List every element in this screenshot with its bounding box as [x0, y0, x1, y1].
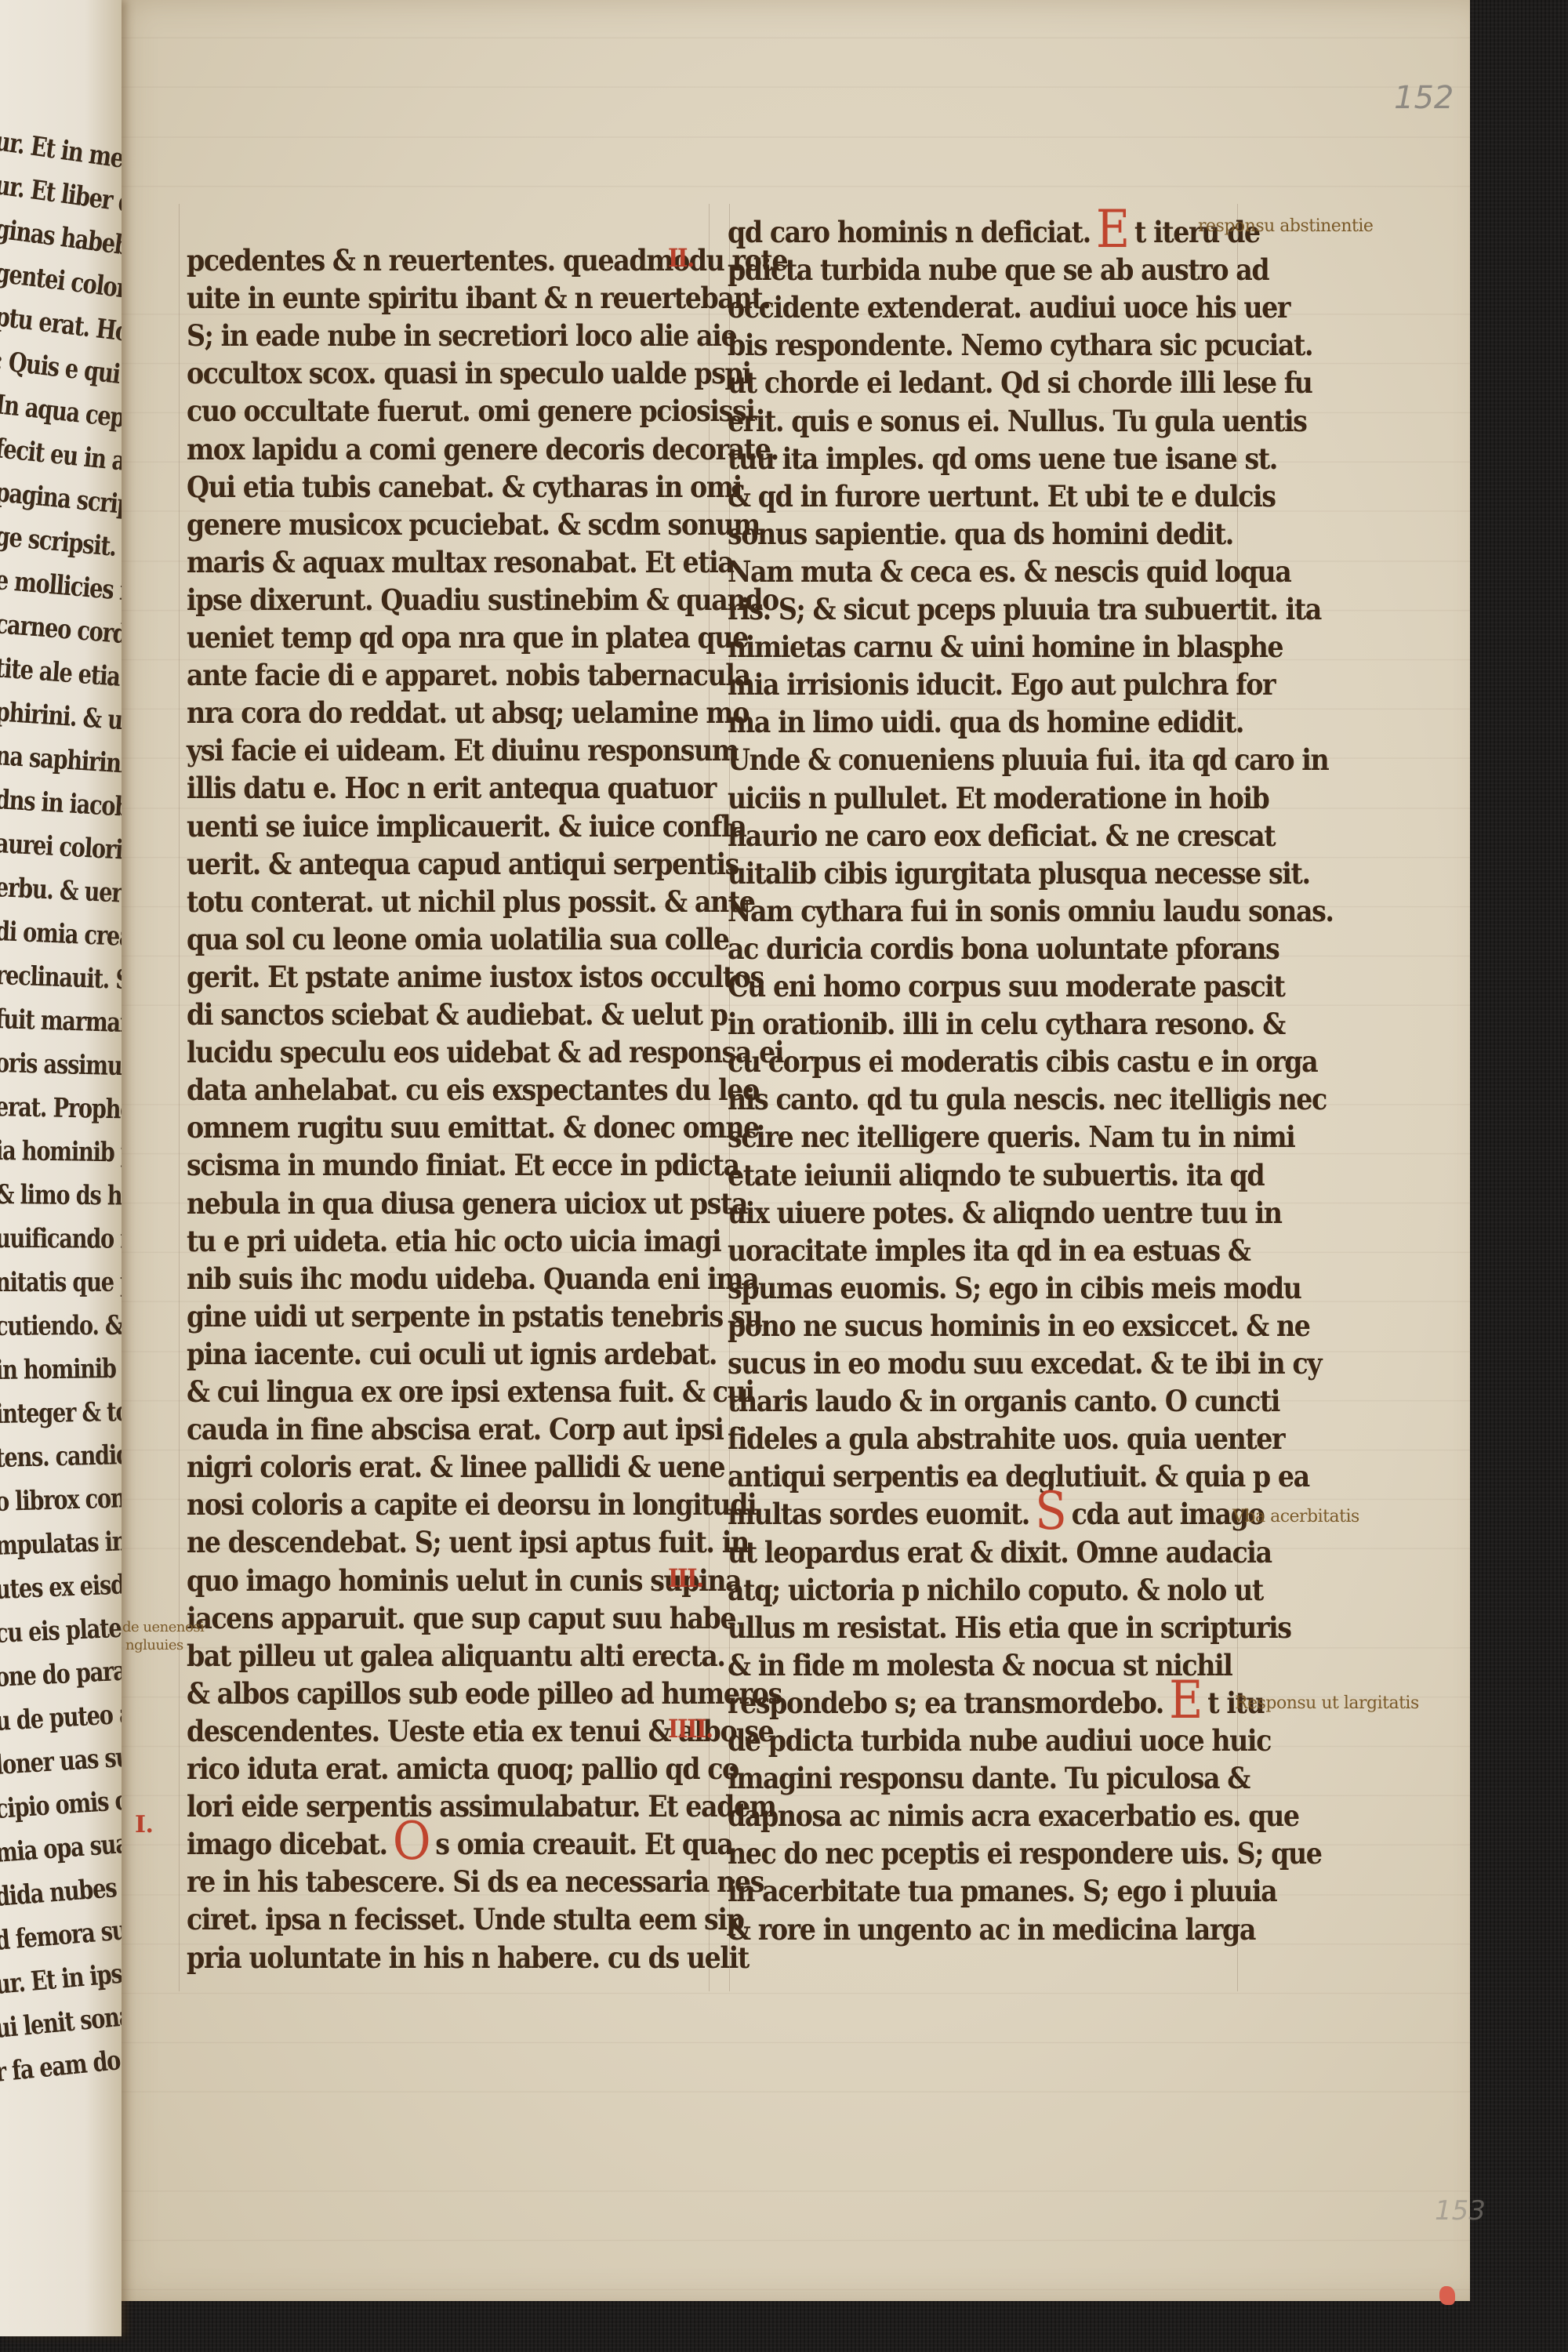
text-segment: lucidu speculu eos uidebat & ad responsa… — [187, 1035, 783, 1069]
text-line: Nam muta & ceca es. & nescis quid loqua — [728, 554, 1290, 589]
text-segment: uenti se iuice implicauerit. & iuice con… — [187, 809, 746, 844]
text-line: uerit. & antequa capud antiqui serpentis — [187, 847, 739, 881]
text-line: pria uoluntate in his n habere. cu ds ue… — [187, 1940, 749, 1975]
text-line: cu corpus ei moderatis cibis castu e in … — [728, 1044, 1317, 1079]
text-segment: mia irrisionis iducit. Ego aut pulchra f… — [728, 667, 1275, 702]
previous-page-text-line: u de puteo aquas — [0, 1696, 122, 1737]
marginal-note-ingluvies: ngluuies — [125, 1637, 183, 1653]
text-line: nra cora do reddat. ut absq; uelamine mo — [187, 695, 749, 730]
text-segment: di sanctos sciebat & audiebat. & uelut p — [187, 997, 728, 1032]
text-line: ullus m resistat. His etia que in script… — [728, 1610, 1291, 1645]
text-line: pina iacente. cui oculi ut ignis ardebat… — [187, 1337, 717, 1371]
previous-page-text-line: nitatis que pudenda — [0, 1267, 122, 1298]
text-line: fideles a gula abstrahite uos. quia uent… — [728, 1421, 1284, 1456]
text-line: S; in eade nube in secretiori loco alie … — [187, 318, 736, 353]
text-segment: dapnosa ac nimis acra exacerbatio es. qu… — [728, 1798, 1299, 1833]
text-segment: ut chorde ei ledant. Qd si chorde illi l… — [728, 365, 1312, 400]
text-line: & rore in ungento ac in medicina larga — [728, 1912, 1255, 1947]
previous-page-text-line: loner uas suu implet — [0, 1736, 122, 1781]
text-segment: nebula in qua diusa genera uiciox ut pst… — [187, 1186, 747, 1221]
text-line: tharis laudo & in organis canto. O cunct… — [728, 1384, 1279, 1418]
text-line: ipse dixerunt. Quadiu sustinebim & quand… — [187, 583, 779, 617]
text-segment: ma in limo uidi. qua ds homine edidit. — [728, 705, 1243, 739]
previous-page-text-line: dida nubes in qua — [0, 1867, 122, 1913]
text-line: ciret. ipsa n fecisset. Unde stulta eem … — [187, 1902, 743, 1936]
text-line: Unde & conueniens pluuia fui. ita qd car… — [728, 742, 1328, 777]
text-segment: tu e pri uideta. etia hic octo uicia ima… — [187, 1224, 720, 1258]
text-line: tu e pri uideta. etia hic octo uicia ima… — [187, 1224, 720, 1258]
marginal-note-venenosi: de uenenosi — [122, 1619, 204, 1635]
previous-page-text-line: dns in iacob. & cecidit — [0, 784, 122, 829]
text-segment: scisma in mundo finiat. Et ecce in pdict… — [187, 1148, 739, 1182]
text-line: nis canto. qd tu gula nescis. nec itelli… — [728, 1082, 1327, 1116]
text-segment: lori eide serpentis assimulabatur. Et ea… — [187, 1789, 776, 1824]
text-line: omnem rugitu suu emittat. & donec omne — [187, 1110, 759, 1145]
text-segment: uix uiuere potes. & aliqndo uentre tuu i… — [728, 1196, 1282, 1230]
text-segment: & qd in furore uertunt. Et ubi te e dulc… — [728, 479, 1276, 514]
text-segment: nra cora do reddat. ut absq; uelamine mo — [187, 695, 749, 730]
previous-page-text-line: cutiendo. & cu aliis — [0, 1309, 122, 1342]
text-line: scisma in mundo finiat. Et ecce in pdict… — [187, 1148, 739, 1182]
text-line: & cui lingua ex ore ipsi extensa fuit. &… — [187, 1374, 754, 1409]
text-line: ac duricia cordis bona uoluntate pforans — [728, 931, 1279, 966]
text-segment: ut leopardus erat & dixit. Omne audacia — [728, 1535, 1272, 1570]
previous-page-text-line: d femora sua erat. — [0, 1909, 122, 1957]
text-line: nosi coloris a capite ei deorsu in longi… — [187, 1487, 756, 1522]
text-segment: tuu ita imples. qd oms uene tue isane st… — [728, 441, 1277, 476]
text-segment: data anhelabat. cu eis exspectantes du l… — [187, 1073, 759, 1107]
marginal-note-largitatis: Responsu ut largitatis — [1235, 1693, 1419, 1713]
text-segment: s omia creauit. Et qua — [435, 1827, 732, 1861]
text-line: maris & aquax multax resonabat. Et etia — [187, 545, 734, 579]
text-segment: gerit. Et pstate anime iustox istos occu… — [187, 960, 764, 994]
text-segment: haurio ne caro eox deficiat. & ne cresca… — [728, 818, 1275, 853]
text-segment: erit. quis e sonus ei. Nullus. Tu gula u… — [728, 404, 1306, 438]
previous-page-text-line: oris assimulabat. & du — [0, 1047, 122, 1085]
text-segment: Cu eni homo corpus suu moderate pascit — [728, 969, 1284, 1004]
text-segment: pono ne sucus hominis in eo exsiccet. & … — [728, 1308, 1310, 1343]
text-segment: nigri coloris erat. & linee pallidi & ue… — [187, 1450, 724, 1484]
text-line: scire nec itelligere queris. Nam tu in n… — [728, 1120, 1294, 1154]
previous-page-text-line: e mollicies n erat. Post — [0, 564, 122, 617]
text-segment: bat pilleu ut galea aliquantu alti erect… — [187, 1639, 725, 1673]
text-segment: mox lapidu a comi genere decoris decorat… — [187, 432, 779, 466]
text-segment: uerit. & antequa capud antiqui serpentis — [187, 847, 739, 881]
text-line: erit. quis e sonus ei. Nullus. Tu gula u… — [728, 404, 1306, 438]
text-segment: qd caro hominis n deficiat. — [728, 215, 1091, 249]
text-line: totu conterat. ut nichil plus possit. & … — [187, 884, 755, 919]
text-segment: antiqui serpentis ea deglutiuit. & quia … — [728, 1459, 1309, 1494]
text-line: Nam cythara fui in sonis omniu laudu son… — [728, 894, 1334, 928]
previous-page-text-line: reclinauit. S; liber qui — [0, 960, 122, 1000]
previous-page-text-line: na saphirini coloris — [0, 740, 122, 785]
text-line: uitalib cibis igurgitata plusqua necesse… — [728, 856, 1310, 891]
previous-page-text-line: ur. Et in ipsa nube au — [0, 1948, 122, 2000]
text-segment: nimietas carnu & uini homine in blasphe — [728, 630, 1283, 664]
text-segment: ne descendebat. S; uent ipsi aptus fuit.… — [187, 1525, 749, 1559]
text-line: imagini responsu dante. Tu piculosa & — [728, 1761, 1250, 1795]
previous-page-text-line: utes ex eisde libris — [0, 1566, 122, 1606]
text-line: gerit. Et pstate anime iustox istos occu… — [187, 960, 764, 994]
text-segment: qua sol cu leone omia uolatilia sua coll… — [187, 922, 728, 956]
text-line: iacens apparuit. que sup caput suu habe — [187, 1601, 735, 1635]
text-segment: multas sordes euomit. — [728, 1497, 1029, 1531]
previous-page-text-line: o librox contracti — [0, 1481, 122, 1518]
text-line: haurio ne caro eox deficiat. & ne cresca… — [728, 818, 1275, 853]
text-segment: pcedentes & n reuertentes. queadmodu rot… — [187, 243, 787, 278]
text-line: antiqui serpentis ea deglutiuit. & quia … — [728, 1459, 1309, 1494]
text-segment: de pdicta turbida nube audiui uoce huic — [728, 1723, 1271, 1758]
text-line: nib suis ihc modu uideba. Quanda eni ima — [187, 1261, 758, 1296]
text-line: multas sordes euomit.Scda aut imago — [728, 1497, 1264, 1531]
rubric-numeral-I: I. — [135, 1811, 153, 1838]
text-line: pono ne sucus hominis in eo exsiccet. & … — [728, 1308, 1310, 1343]
text-segment: ris. S; & sicut pceps pluuia tra subuert… — [728, 592, 1321, 626]
previous-page-text-line: ui lenit sonante. Uar — [0, 1992, 122, 2045]
text-line: dapnosa ac nimis acra exacerbatio es. qu… — [728, 1798, 1299, 1833]
text-line: uix uiuere potes. & aliqndo uentre tuu i… — [728, 1196, 1282, 1230]
text-line: nigri coloris erat. & linee pallidi & ue… — [187, 1450, 724, 1484]
text-line: qd caro hominis n deficiat.Et iteru de — [728, 215, 1260, 249]
text-line: qua sol cu leone omia uolatilia sua coll… — [187, 922, 728, 956]
previous-page-text-line: cu eis plateas uid — [0, 1610, 122, 1650]
text-line: & albos capillos sub eode pilleo ad hume… — [187, 1676, 782, 1711]
text-line: spumas euomis. S; ego in cibis meis modu — [728, 1271, 1301, 1305]
text-line: uiciis n pullulet. Et moderatione in hoi… — [728, 781, 1269, 815]
text-line: uoracitate imples ita qd in ea estuas & — [728, 1233, 1250, 1268]
text-line: genere musicox pcuciebat. & scdm sonum — [187, 507, 760, 542]
text-line: di sanctos sciebat & audiebat. & uelut p — [187, 997, 728, 1032]
text-line: mox lapidu a comi genere decoris decorat… — [187, 432, 779, 466]
text-line: cauda in fine abscisa erat. Corp aut ips… — [187, 1412, 723, 1446]
text-segment: & in fide m molesta & nocua st nichil — [728, 1648, 1232, 1682]
text-segment: S; in eade nube in secretiori loco alie … — [187, 318, 736, 353]
text-segment: & cui lingua ex ore ipsi extensa fuit. &… — [187, 1374, 754, 1409]
text-segment: genere musicox pcuciebat. & scdm sonum — [187, 507, 760, 542]
text-segment: occultox scox. quasi in speculo ualde ps… — [187, 356, 751, 390]
marginal-note-abstinentie: responsu abstinentie — [1198, 216, 1373, 236]
rubric-numeral: III. — [668, 1563, 703, 1593]
text-segment: cuo occultate fuerut. omi genere pciosis… — [187, 394, 754, 428]
text-line: in acerbitate tua pmanes. S; ego i pluui… — [728, 1874, 1276, 1908]
previous-page-text-line: cipio omis creatura — [0, 1780, 122, 1825]
previous-page-text-line: phirini. & una auro — [0, 696, 122, 742]
text-segment: pina iacente. cui oculi ut ignis ardebat… — [187, 1337, 717, 1371]
previous-page-text-line: aurei coloris septu fu — [0, 828, 122, 872]
text-line: bis respondente. Nemo cythara sic pcucia… — [728, 328, 1312, 362]
library-stamp — [1439, 2286, 1455, 2305]
text-segment: fideles a gula abstrahite uos. quia uent… — [728, 1421, 1284, 1456]
text-segment: pdicta turbida nube que se ab austro ad — [728, 252, 1269, 287]
text-segment: quo imago hominis uelut in cunis supina — [187, 1563, 741, 1598]
text-line: Cu eni homo corpus suu moderate pascit — [728, 969, 1284, 1004]
text-line: ysi facie ei uideam. Et diuinu responsum — [187, 733, 739, 768]
text-segment: tharis laudo & in organis canto. O cunct… — [728, 1384, 1279, 1418]
previous-page-text-line: tens. candidis littir — [0, 1438, 122, 1474]
text-segment: uite in eunte spiritu ibant & n reuerteb… — [187, 281, 770, 315]
text-line: ante facie di e apparet. nobis tabernacu… — [187, 658, 750, 692]
text-line: atq; uictoria p nichilo coputo. & nolo u… — [728, 1573, 1263, 1607]
text-line: quo imago hominis uelut in cunis supina — [187, 1563, 741, 1598]
ruling-line — [179, 204, 180, 1991]
text-line: ueniet temp qd opa nra que in platea que — [187, 620, 748, 655]
text-line: nec do nec pceptis ei respondere uis. S;… — [728, 1836, 1321, 1871]
text-line: de pdicta turbida nube audiui uoce huic — [728, 1723, 1271, 1758]
text-segment: & rore in ungento ac in medicina larga — [728, 1912, 1255, 1947]
text-segment: nib suis ihc modu uideba. Quanda eni ima — [187, 1261, 758, 1296]
text-segment: Qui etia tubis canebat. & cytharas in om… — [187, 470, 742, 504]
text-segment: ueniet temp qd opa nra que in platea que — [187, 620, 748, 655]
text-line: in orationib. illi in celu cythara reson… — [728, 1007, 1285, 1041]
text-segment: ac duricia cordis bona uoluntate pforans — [728, 931, 1279, 966]
text-segment: cauda in fine abscisa erat. Corp aut ips… — [187, 1412, 723, 1446]
text-line: illis datu e. Hoc n erit antequa quatuor — [187, 771, 716, 805]
previous-page-text-line: tite ale etia due — [0, 652, 122, 696]
previous-page-text-line: r fa eam do uiuer — [0, 2038, 122, 2089]
text-segment: etate ieiunii aliqndo te subuertis. ita … — [728, 1158, 1264, 1192]
text-segment: omnem rugitu suu emittat. & donec omne — [187, 1110, 759, 1145]
previous-page-text-line: carneo corde scripsit — [0, 608, 122, 659]
text-segment: re in his tabescere. Si ds ea necessaria… — [187, 1864, 764, 1899]
text-line: uenti se iuice implicauerit. & iuice con… — [187, 809, 746, 844]
text-line: uite in eunte spiritu ibant & n reuerteb… — [187, 281, 770, 315]
text-segment: spumas euomis. S; ego in cibis meis modu — [728, 1271, 1301, 1305]
folio-number-bottom: 153 — [1435, 2195, 1486, 2227]
text-segment: & albos capillos sub eode pilleo ad hume… — [187, 1676, 782, 1711]
text-line: Qui etia tubis canebat. & cytharas in om… — [187, 470, 742, 504]
previous-page-text-line: & limo ds homine for — [0, 1179, 122, 1213]
previous-page-text-line: one do parauerat. — [0, 1652, 122, 1693]
text-segment: Unde & conueniens pluuia fui. ita qd car… — [728, 742, 1328, 777]
previous-page-text-line: mia opa sua compl — [0, 1823, 122, 1869]
text-line: & in fide m molesta & nocua st nichil — [728, 1648, 1232, 1682]
text-segment: totu conterat. ut nichil plus possit. & … — [187, 884, 755, 919]
text-segment: in orationib. illi in celu cythara reson… — [728, 1007, 1285, 1041]
text-segment: sonus sapientie. qua ds homini dedit. — [728, 517, 1233, 551]
text-line: re in his tabescere. Si ds ea necessaria… — [187, 1864, 764, 1899]
text-segment: scire nec itelligere queris. Nam tu in n… — [728, 1120, 1294, 1154]
text-segment: sucus in eo modu suu excedat. & te ibi i… — [728, 1346, 1321, 1381]
text-segment: gine uidi ut serpente in pstatis tenebri… — [187, 1299, 762, 1334]
previous-page-text-line: ia hominib pphetab — [0, 1135, 122, 1170]
text-segment: illis datu e. Hoc n erit antequa quatuor — [187, 771, 716, 805]
text-line: occultox scox. quasi in speculo ualde ps… — [187, 356, 751, 390]
text-segment: nis canto. qd tu gula nescis. nec itelli… — [728, 1082, 1327, 1116]
rubric-numeral: II. — [668, 243, 694, 273]
text-segment: ipse dixerunt. Quadiu sustinebim & quand… — [187, 583, 779, 617]
text-segment: ante facie di e apparet. nobis tabernacu… — [187, 658, 750, 692]
previous-page-text-line: di omia creauit. & post — [0, 916, 122, 957]
marginal-note-acerbitatis: Vba acerbitatis — [1232, 1507, 1359, 1526]
text-line: tuu ita imples. qd oms uene tue isane st… — [728, 441, 1277, 476]
text-line: nebula in qua diusa genera uiciox ut pst… — [187, 1186, 747, 1221]
text-segment: ysi facie ei uideam. Et diuinu responsum — [187, 733, 739, 768]
text-line: data anhelabat. cu eis exspectantes du l… — [187, 1073, 759, 1107]
text-segment: occidente extenderat. audiui uoce his ue… — [728, 290, 1290, 325]
text-segment: iacens apparuit. que sup caput suu habe — [187, 1601, 735, 1635]
text-segment: respondebo s; ea transmordebo. — [728, 1686, 1163, 1720]
previous-page-text-line: fuit marmareo & inp — [0, 1004, 122, 1042]
text-line: sucus in eo modu suu excedat. & te ibi i… — [728, 1346, 1321, 1381]
text-line: bat pilleu ut galea aliquantu alti erect… — [187, 1639, 725, 1673]
text-segment: Nam cythara fui in sonis omniu laudu son… — [728, 894, 1334, 928]
text-line: rico iduta erat. amicta quoq; pallio qd … — [187, 1751, 739, 1786]
text-segment: pria uoluntate in his n habere. cu ds ue… — [187, 1940, 749, 1975]
previous-page-text-line: uuificando ispirauit — [0, 1223, 122, 1255]
text-segment: uitalib cibis igurgitata plusqua necesse… — [728, 856, 1310, 891]
text-line: & qd in furore uertunt. Et ubi te e dulc… — [728, 479, 1276, 514]
text-line: ut chorde ei ledant. Qd si chorde illi l… — [728, 365, 1312, 400]
text-line: gine uidi ut serpente in pstatis tenebri… — [187, 1299, 762, 1334]
text-segment: imago dicebat. — [187, 1827, 387, 1861]
previous-page-text-line: mpulatas in se habe — [0, 1523, 122, 1562]
text-segment: cu corpus ei moderatis cibis castu e in … — [728, 1044, 1317, 1079]
text-segment: atq; uictoria p nichilo coputo. & nolo u… — [728, 1573, 1263, 1607]
text-line: lucidu speculu eos uidebat & ad responsa… — [187, 1035, 783, 1069]
text-segment: nosi coloris a capite ei deorsu in longi… — [187, 1487, 756, 1522]
text-line: pcedentes & n reuertentes. queadmodu rot… — [187, 243, 787, 278]
previous-page-text-line: integer & totus nig — [0, 1395, 122, 1430]
text-segment: uiciis n pullulet. Et moderatione in hoi… — [728, 781, 1269, 815]
folio-number: 152 — [1394, 80, 1454, 116]
text-segment: uoracitate imples ita qd in ea estuas & — [728, 1233, 1250, 1268]
text-segment: imagini responsu dante. Tu piculosa & — [728, 1761, 1250, 1795]
text-line: pdicta turbida nube que se ab austro ad — [728, 252, 1269, 287]
rubric-numeral: IIII. — [668, 1714, 713, 1744]
text-line: sonus sapientie. qua ds homini dedit. — [728, 517, 1233, 551]
previous-page-text-line: erbu. & uerbu erat ap — [0, 872, 122, 914]
previous-page-edge: ur. Et in medio unicuiusqur. Et liber qu… — [0, 0, 122, 2336]
previous-page-text-line: in hominib facit. — [0, 1352, 122, 1386]
text-line: occidente extenderat. audiui uoce his ue… — [728, 290, 1290, 325]
text-line: mia irrisionis iducit. Ego aut pulchra f… — [728, 667, 1275, 702]
text-segment: Nam muta & ceca es. & nescis quid loqua — [728, 554, 1290, 589]
previous-page-text-line: erat. Prophecia p uis — [0, 1091, 122, 1127]
text-line: ne descendebat. S; uent ipsi aptus fuit.… — [187, 1525, 749, 1559]
text-line: imago dicebat.Os omia creauit. Et qua — [187, 1827, 733, 1861]
text-line: etate ieiunii aliqndo te subuertis. ita … — [728, 1158, 1264, 1192]
text-segment: ciret. ipsa n fecisset. Unde stulta eem … — [187, 1902, 743, 1936]
text-segment: rico iduta erat. amicta quoq; pallio qd … — [187, 1751, 739, 1786]
text-line: ut leopardus erat & dixit. Omne audacia — [728, 1535, 1272, 1570]
text-line: ma in limo uidi. qua ds homine edidit. — [728, 705, 1243, 739]
text-segment: nec do nec pceptis ei respondere uis. S;… — [728, 1836, 1321, 1871]
text-line: respondebo s; ea transmordebo.Et itu — [728, 1686, 1264, 1720]
text-line: ris. S; & sicut pceps pluuia tra subuert… — [728, 592, 1321, 626]
text-segment: in acerbitate tua pmanes. S; ego i pluui… — [728, 1874, 1276, 1908]
text-line: cuo occultate fuerut. omi genere pciosis… — [187, 394, 754, 428]
text-segment: bis respondente. Nemo cythara sic pcucia… — [728, 328, 1312, 362]
text-segment: maris & aquax multax resonabat. Et etia — [187, 545, 734, 579]
text-line: lori eide serpentis assimulabatur. Et ea… — [187, 1789, 776, 1824]
text-line: nimietas carnu & uini homine in blasphe — [728, 630, 1283, 664]
text-segment: ullus m resistat. His etia que in script… — [728, 1610, 1291, 1645]
